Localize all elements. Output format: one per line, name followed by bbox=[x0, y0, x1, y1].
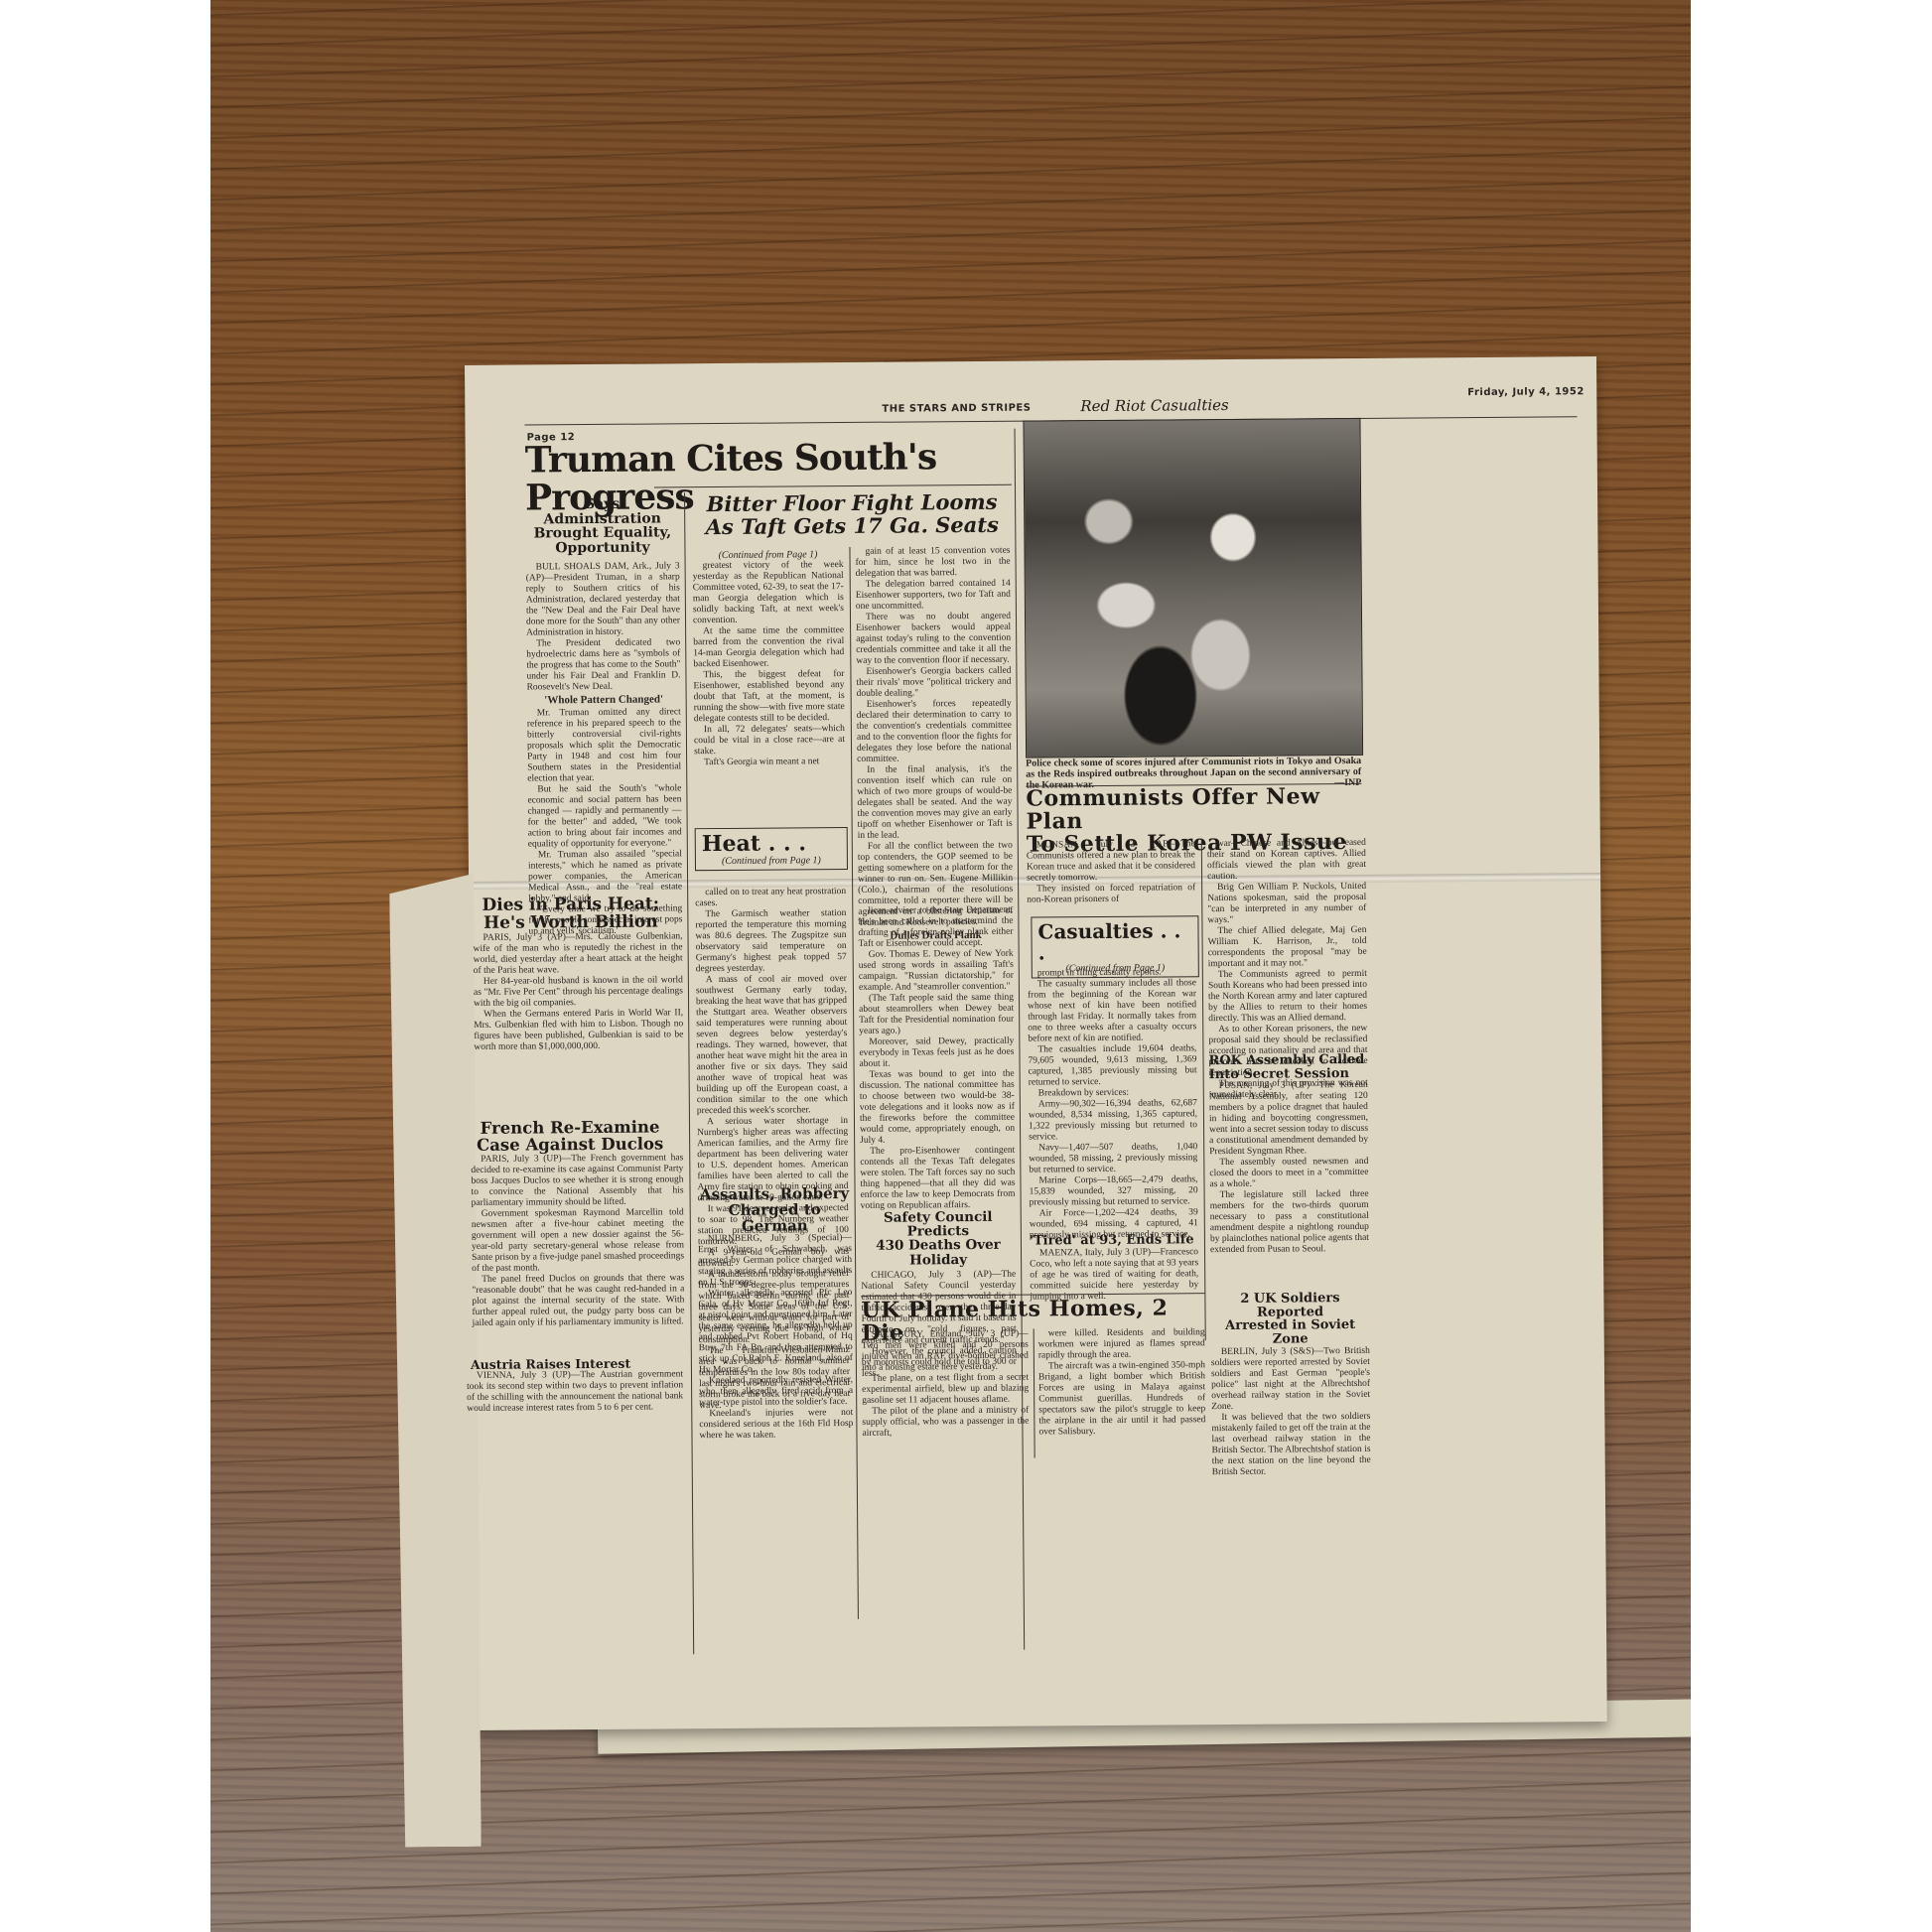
article-casualties: prompt in filing casualty reports. The c… bbox=[1028, 967, 1198, 1241]
headline-safety: Safety Council Predicts 430 Deaths Over … bbox=[861, 1210, 1016, 1268]
paragraph: They insisted on forced repatriation of … bbox=[1027, 883, 1195, 905]
paragraph: The Garmisch weather station reported th… bbox=[695, 908, 847, 975]
wood-table-background: Page 12 THE STARS AND STRIPES Friday, Ju… bbox=[210, 0, 1691, 1932]
paragraph: (The Taft people said the same thing abo… bbox=[859, 993, 1014, 1037]
paragraph: Her 84-year-old husband is known in the … bbox=[474, 975, 683, 1010]
paragraph: The aircraft was a twin-engined 350-mph … bbox=[1038, 1360, 1206, 1438]
article-truman: Says Administration Brought Equality, Op… bbox=[525, 496, 682, 937]
paragraph: Eisenhower's Georgia backers called thei… bbox=[856, 666, 1011, 700]
paragraph: Eisenhower's forces repeatedly declared … bbox=[857, 699, 1013, 765]
issue-date: Friday, July 4, 1952 bbox=[1467, 386, 1585, 398]
article-taft-col2: gain of at least 15 convention votes for… bbox=[855, 546, 1013, 944]
paragraph: Winter allegedly accosted Pfc Leo Gala, … bbox=[698, 1288, 853, 1376]
article-ukplane-col1: SALISBURY, England, July 3 (UP)—Two men … bbox=[862, 1329, 1030, 1440]
paragraph: Taft's Georgia win meant a net bbox=[694, 757, 845, 768]
newspaper-page: Page 12 THE STARS AND STRIPES Friday, Ju… bbox=[465, 356, 1607, 1730]
paragraph: The chief Allied delegate, Maj Gen Willi… bbox=[1207, 925, 1366, 970]
paragraph: PARIS, July 3 (AP)—Mrs. Calouste Gulbenk… bbox=[473, 931, 682, 977]
paragraph: BULL SHOALS DAM, Ark., July 3 (AP)—Presi… bbox=[526, 561, 681, 638]
headline-line: He's Worth Billion bbox=[459, 913, 682, 933]
headline-soldiers: 2 UK Soldiers Reported Arrested in Sovie… bbox=[1210, 1292, 1369, 1347]
paragraph: There was no doubt angered Eisenhower ba… bbox=[856, 612, 1011, 667]
article-gulbenkian: Dies in Paris Heat; He's Worth Billion P… bbox=[459, 896, 683, 1052]
riot-photo bbox=[1023, 418, 1363, 759]
article-ukplane-col2: were killed. Residents and building work… bbox=[1038, 1327, 1206, 1438]
paragraph: VIENNA, July 3 (UP)—The Austrian governm… bbox=[467, 1369, 683, 1415]
article-austria: Austria Raises Interest VIENNA, July 3 (… bbox=[453, 1356, 683, 1415]
paragraph: PARIS, July 3 (UP)—The French government… bbox=[471, 1153, 683, 1209]
headline-line: As Taft Gets 17 Ga. Seats bbox=[692, 513, 1012, 539]
subhead-truman: Says Administration Brought Equality, Op… bbox=[525, 496, 679, 556]
paragraph: This, the biggest defeat for Eisenhower,… bbox=[693, 669, 844, 725]
photo-title: Red Riot Casualties bbox=[1080, 397, 1229, 415]
paragraph: The President dedicated two hydroelectri… bbox=[526, 637, 680, 693]
paragraph: SALISBURY, England, July 3 (UP)—Two men … bbox=[862, 1329, 1029, 1374]
paragraph: The pilot of the plane and a ministry of… bbox=[862, 1406, 1029, 1440]
paragraph: The panel freed Duclos on grounds that t… bbox=[472, 1273, 684, 1329]
paragraph: called on to treat any heat prostration … bbox=[695, 887, 846, 909]
paragraph: Moreover, said Dewey, practically everyb… bbox=[859, 1036, 1014, 1070]
headline-line: 2 UK Soldiers Reported bbox=[1210, 1292, 1369, 1320]
headline-casualties: Casualties . . . bbox=[1037, 920, 1191, 963]
paragraph: Mr. Truman omitted any direct reference … bbox=[527, 707, 682, 784]
paragraph: PUSAN, July 3 (UP)—The Korean National A… bbox=[1209, 1080, 1369, 1158]
continued-note: (Continued from Page 1) bbox=[702, 855, 841, 867]
newspaper-name: THE STARS AND STRIPES bbox=[882, 403, 1031, 415]
headline-line: 430 Deaths Over Holiday bbox=[861, 1238, 1016, 1268]
headline-rok: ROK Assembly Called Into Secret Session bbox=[1208, 1053, 1367, 1082]
article-taft-col1: (Continued from Page 1) greatest victory… bbox=[692, 549, 845, 768]
paragraph: Texas was bound to get into the discussi… bbox=[860, 1069, 1016, 1147]
article-soldiers: 2 UK Soldiers Reported Arrested in Sovie… bbox=[1210, 1292, 1370, 1478]
headline-line: Charged to German bbox=[698, 1202, 852, 1235]
paragraph: Brig Gen William P. Nuckols, United Nati… bbox=[1207, 882, 1366, 926]
paragraph: were killed. Residents and building work… bbox=[1038, 1327, 1205, 1361]
paragraph: The legislature still lacked three membe… bbox=[1210, 1189, 1370, 1256]
paragraph: The plane, on a test flight from a secre… bbox=[862, 1373, 1029, 1407]
paragraph: gain of at least 15 convention votes for… bbox=[855, 546, 1010, 580]
article-communists-col1: MUNSAN, July 3 (AP)—The Communists offer… bbox=[1027, 839, 1196, 905]
article-rok: ROK Assembly Called Into Secret Session … bbox=[1208, 1053, 1369, 1257]
crosshead: 'Whole Pattern Changed' bbox=[527, 694, 681, 706]
paragraph: Gov. Thomas E. Dewey of New York used st… bbox=[859, 949, 1014, 994]
paragraph: When the Germans entered Paris in World … bbox=[474, 1008, 683, 1053]
headline-assaults: Assaults, Robbery Charged to German bbox=[698, 1186, 852, 1234]
paragraph: Kneeland reportedly resisted Winter, who… bbox=[699, 1375, 853, 1409]
paragraph: Marine Corps—18,665—2,479 deaths, 15,839… bbox=[1029, 1174, 1197, 1208]
paragraph: In all, 72 delegates' seats—which could … bbox=[694, 724, 845, 758]
paragraph: It was believed that the two soldiers mi… bbox=[1211, 1411, 1371, 1477]
paragraph: But he said the South's "whole economic … bbox=[527, 783, 682, 850]
paragraph: The assembly ousted newsmen and closed t… bbox=[1209, 1157, 1368, 1190]
headline-heat: Heat . . . bbox=[702, 832, 841, 856]
paragraph: greatest victory of the week yesterday a… bbox=[693, 560, 845, 626]
paragraph: BERLIN, July 3 (S&S)—Two British soldier… bbox=[1211, 1345, 1371, 1412]
paragraph: war—Chinese and Allies—but eased their s… bbox=[1207, 838, 1366, 883]
article-assaults: Assaults, Robbery Charged to German NURN… bbox=[698, 1186, 854, 1442]
paragraph: NURNBERG, July 3 (Special)—Ernst Winter,… bbox=[698, 1233, 852, 1289]
paragraph: The delegation barred contained 14 Eisen… bbox=[856, 579, 1011, 613]
headline-gulbenkian: Dies in Paris Heat; He's Worth Billion bbox=[459, 896, 682, 932]
headline-line: Arrested in Soviet Zone bbox=[1211, 1318, 1370, 1347]
paragraph: A mass of cool air moved over southwest … bbox=[696, 974, 848, 1117]
headline-tired: 'Tired' at 93, Ends Life bbox=[1030, 1233, 1198, 1248]
paragraph: Government spokesman Raymond Marcellin t… bbox=[472, 1207, 685, 1275]
paragraph: lican adviser to the State Department. H… bbox=[858, 905, 1013, 950]
paragraph: In the final analysis, it's the conventi… bbox=[857, 764, 1013, 842]
headline-duclos: French Re-Examine Case Against Duclos bbox=[457, 1118, 683, 1154]
paragraph: Navy—1,407—507 deaths, 1,040 wounded, 58… bbox=[1029, 1142, 1197, 1175]
headline-taft: Bitter Floor Fight Looms As Taft Gets 17… bbox=[692, 490, 1012, 539]
heat-box: Heat . . . (Continued from Page 1) bbox=[695, 827, 848, 871]
paragraph: The casualty summary includes all those … bbox=[1028, 978, 1197, 1044]
paragraph: Army—90,302—16,394 deaths, 62,687 wounde… bbox=[1029, 1098, 1197, 1143]
paragraph: MUNSAN, July 3 (AP)—The Communists offer… bbox=[1027, 839, 1195, 884]
paragraph: The pro-Eisenhower contingent contends a… bbox=[860, 1146, 1016, 1212]
paragraph: At the same time the committee barred fr… bbox=[693, 625, 844, 670]
article-taft-col3: lican adviser to the State Department. H… bbox=[858, 905, 1015, 1212]
article-duclos: French Re-Examine Case Against Duclos PA… bbox=[457, 1118, 685, 1328]
paragraph: Kneeland's injuries were not considered … bbox=[699, 1408, 853, 1442]
headline-line: Communists Offer New Plan bbox=[1026, 785, 1363, 834]
paragraph: The Communists agreed to permit South Ko… bbox=[1208, 969, 1367, 1025]
headline-line: Safety Council Predicts bbox=[861, 1210, 1016, 1240]
headline-line: Case Against Duclos bbox=[457, 1136, 683, 1155]
paragraph: The casualties include 19,604 deaths, 79… bbox=[1028, 1043, 1196, 1088]
